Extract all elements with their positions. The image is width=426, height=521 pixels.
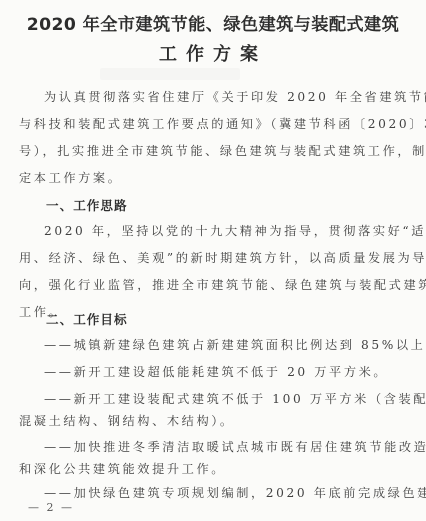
document-page: 2020 年全市建筑节能、绿色建筑与装配式建筑 工作方案 为认真贯彻落实省住建厅… (0, 0, 426, 521)
paragraph-line: 用、经济、绿色、美观”的新时期建筑方针，以高质量发展为导 (19, 249, 409, 266)
intro-line: 为认真贯彻落实省住建厅《关于印发 2020 年全省建筑节能 (44, 88, 409, 105)
goal-line: 和深化公共建筑能效提升工作。 (19, 460, 409, 477)
goal-line: ——新开工建设装配式建筑不低于 100 万平方米（含装配式 (44, 390, 409, 407)
goal-line: ——加快绿色建筑专项规划编制，2020 年底前完成绿色建 (44, 484, 409, 501)
document-title-line2: 工作方案 (0, 40, 426, 66)
intro-line: 定本工作方案。 (19, 169, 409, 186)
intro-line: 与科技和装配式建筑工作要点的通知》（冀建节科函〔2020〕33 (19, 115, 409, 132)
section-heading-approach: 一、工作思路 (46, 195, 128, 214)
section-heading-goals: 二、工作目标 (46, 309, 128, 328)
intro-line: 号），扎实推进全市建筑节能、绿色建筑与装配式建筑工作，制 (19, 142, 409, 159)
goal-line: ——新开工建设超低能耗建筑不低于 20 万平方米。 (44, 363, 409, 380)
goal-line: ——加快推进冬季清洁取暖试点城市既有居住建筑节能改造 (44, 438, 409, 455)
goal-line: ——城镇新建绿色建筑占新建建筑面积比例达到 85%以上。 (44, 336, 409, 353)
paragraph-line: 向，强化行业监管，推进全市建筑节能、绿色建筑与装配式建筑 (19, 276, 409, 293)
goal-line: 混凝土结构、钢结构、木结构）。 (19, 412, 409, 429)
document-title-line1: 2020 年全市建筑节能、绿色建筑与装配式建筑 (0, 10, 426, 35)
paragraph-line: 2020 年，坚持以党的十九大精神为指导，贯彻落实好“适 (44, 222, 409, 239)
page-number: — 2 — (28, 501, 74, 514)
bleed-through-mark (100, 68, 240, 80)
